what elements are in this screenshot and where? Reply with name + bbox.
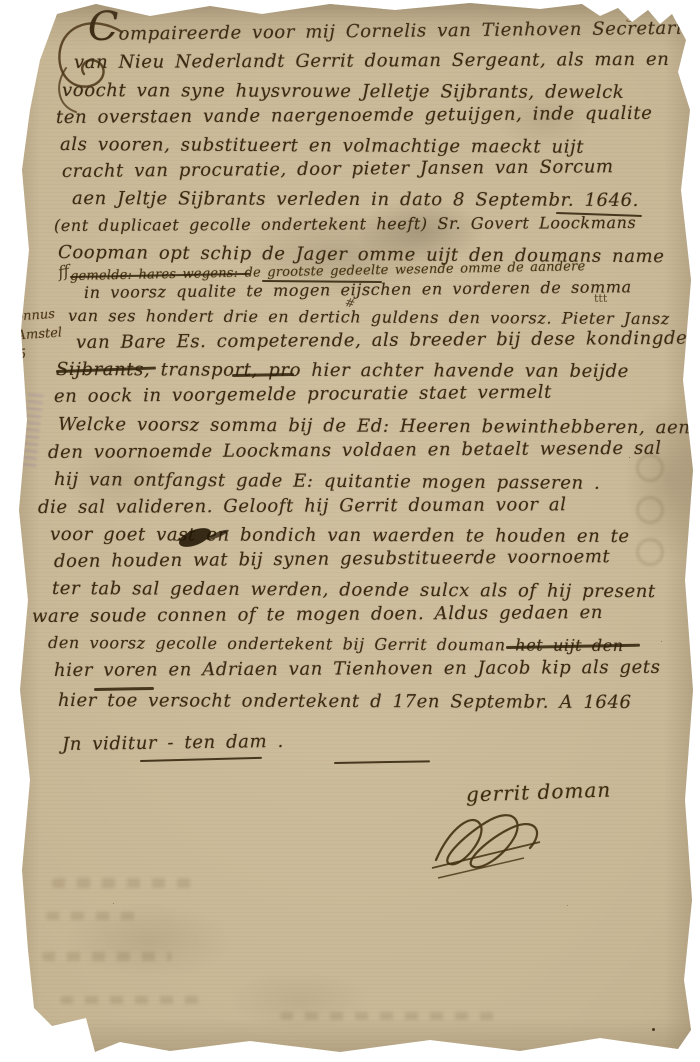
paper-specks bbox=[0, 0, 3, 3]
manuscript-line: ter tab sal gedaen werden, doende sulcx … bbox=[52, 580, 656, 601]
signature-paraph bbox=[428, 798, 558, 890]
manuscript-line: Sijbrants, transport, pro hier achter ha… bbox=[56, 361, 629, 381]
manuscript-scan: Compaireerde voor mij Cornelis van Tienh… bbox=[0, 0, 700, 1062]
manuscript-line: hij van ontfangst gade E: quitantie moge… bbox=[54, 471, 600, 493]
tick-mark: ttt bbox=[594, 292, 607, 305]
manuscript-line: en oock in voorgemelde procuratie staet … bbox=[54, 384, 552, 406]
manuscript-line: voocht van syne huysvrouwe Jelletje Sijb… bbox=[62, 82, 624, 102]
ink-underline bbox=[334, 760, 430, 764]
bleedthrough-smudge bbox=[280, 1012, 500, 1020]
manuscript-line: hier voren en Adriaen van Tienhoven en J… bbox=[54, 659, 661, 680]
bleedthrough-smudge bbox=[46, 912, 146, 920]
manuscript-line: doen houden wat bij synen gesubstitueerd… bbox=[54, 548, 610, 571]
manuscript-line: hier toe versocht ondertekent d 17en Sep… bbox=[58, 692, 632, 712]
margin-note: tt onnus Amstel 5 bbox=[13, 287, 64, 365]
bleedthrough-smudge bbox=[60, 996, 210, 1004]
manuscript-line: die sal valideren. Gelooft hij Gerrit do… bbox=[38, 496, 567, 517]
manuscript-line: voor goet vast en bondich van waerden te… bbox=[50, 526, 630, 546]
bleedthrough-smudge bbox=[42, 952, 172, 961]
archive-stamp bbox=[20, 391, 44, 466]
manuscript-line: cracht van procuratie, door pieter Janse… bbox=[62, 158, 614, 181]
manuscript-line: van Bare Es. competerende, als breeder b… bbox=[76, 330, 700, 352]
manuscript-line: ware soude connen of te mogen doen. Aldu… bbox=[32, 604, 603, 626]
manuscript-line: ten overstaen vande naergenoemde getuijg… bbox=[56, 105, 653, 127]
margin-flourish: ff bbox=[56, 261, 70, 282]
manuscript-line: Welcke voorsz somma bij de Ed: Heeren be… bbox=[58, 416, 691, 437]
manuscript-line: van ses hondert drie en dertich guldens … bbox=[68, 308, 670, 327]
manuscript-line: (ent duplicaet gecolle ondertekent heeft… bbox=[54, 215, 636, 234]
manuscript-line: als vooren, substitueert en volmachtige … bbox=[60, 136, 584, 157]
manuscript-line: van Nieu Nederlandt Gerrit douman Sergea… bbox=[74, 51, 670, 72]
manuscript-line: den voornoemde Loockmans voldaen en beta… bbox=[48, 440, 662, 462]
closing-line: Jn viditur - ten dam . bbox=[62, 733, 284, 754]
manuscript-line: aen Jeltje Sijbrants verleden in dato 8 … bbox=[72, 190, 639, 210]
bleedthrough-rings bbox=[628, 440, 678, 610]
bleedthrough-smudge bbox=[52, 878, 202, 888]
manuscript-page: Compaireerde voor mij Cornelis van Tienh… bbox=[0, 0, 700, 1062]
manuscript-line: Compaireerde voor mij Cornelis van Tienh… bbox=[88, 20, 692, 44]
ink-underline bbox=[140, 757, 262, 762]
page-number: 3 bbox=[626, 8, 636, 26]
